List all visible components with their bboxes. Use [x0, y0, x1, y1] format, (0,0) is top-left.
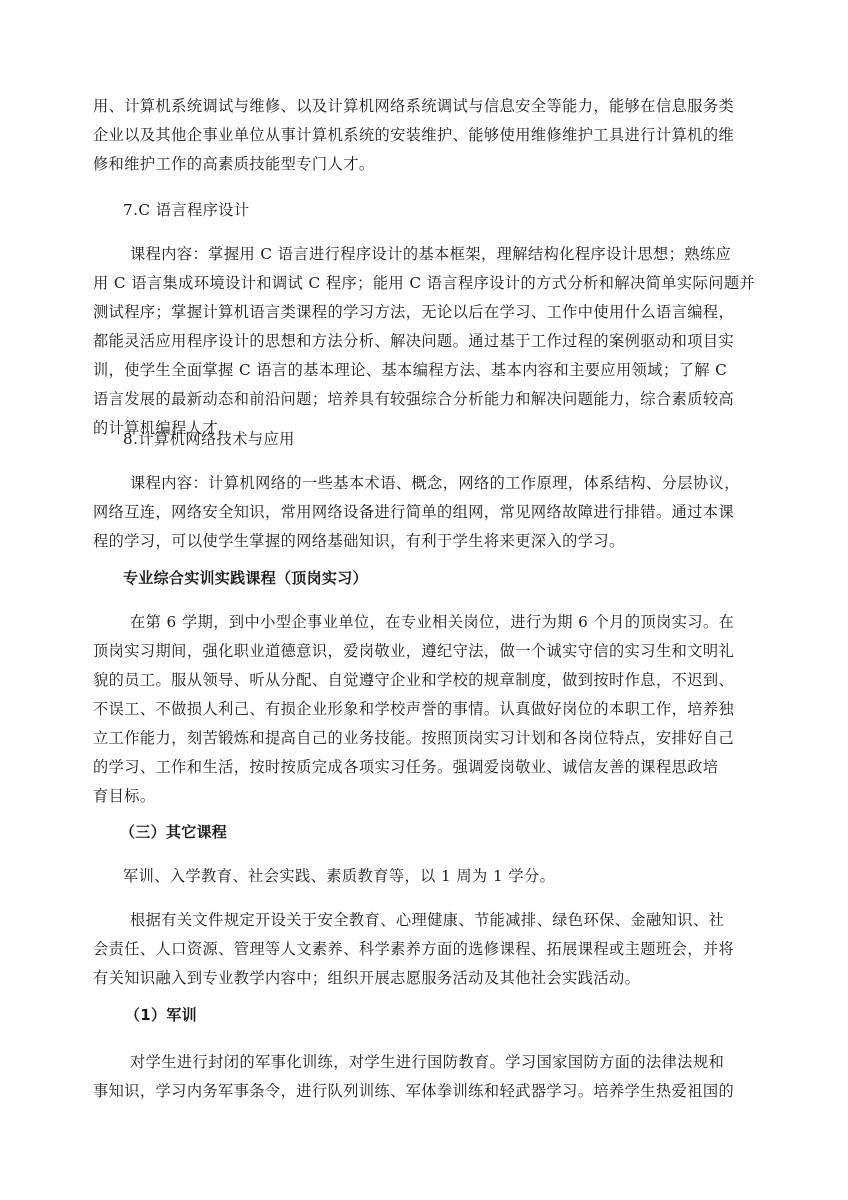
text-line: 企业以及其他企事业单位从事计算机系统的安装维护、能够使用维修维护工具进行计算机的…: [93, 125, 734, 145]
other-courses-para1: 军训、入学教育、社会实践、素质教育等，以 1 周为 1 学分。: [123, 866, 555, 886]
text-line: 貌的员工。服从领导、听从分配、自觉遵守企业和学校的规章制度，做到按时作息，不迟到…: [93, 670, 734, 690]
text-line: 会责任、人口资源、管理等人文素养、科学素养方面的选修课程、拓展课程或主题班会，并…: [93, 939, 734, 959]
text-line: 语言发展的最新动态和前沿问题；培养具有较强综合分析能力和解决问题能力，综合素质较…: [93, 389, 734, 409]
course-8-title: 8.计算机网络技术与应用: [123, 429, 295, 449]
course-7-title: 7.C 语言程序设计: [123, 200, 250, 220]
text-line: 都能灵活应用程序设计的思想和方法分析、解决问题。通过基于工作过程的案例驱动和项目…: [93, 331, 734, 351]
text-line: 立工作能力，刻苦锻炼和提高自己的业务技能。按照顶岗实习计划和各岗位特点，安排好自…: [93, 728, 734, 748]
text-line: 训，使学生全面掌握 C 语言的基本理论、基本编程方法、基本内容和主要应用领域；了…: [93, 360, 727, 380]
text-line: 育目标。: [93, 786, 156, 806]
internship-title: 专业综合实训实践课程（顶岗实习）: [123, 568, 368, 588]
text-line: 测试程序；掌握计算机语言类课程的学习方法，无论以后在学习、工作中使用什么语言编程…: [93, 302, 734, 322]
text-line: 网络互连，网络安全知识，常用网络设备进行简单的组网，常见网络故障进行排错。通过本…: [93, 502, 734, 522]
text-line: 有关知识融入到专业教学内容中；组织开展志愿服务活动及其他社会实践活动。: [93, 968, 640, 988]
text-line: 根据有关文件规定开设关于安全教育、心理健康、节能减排、绿色环保、金融知识、社: [130, 910, 724, 930]
military-training-title: （1）军训: [125, 1005, 197, 1025]
text-line: 课程内容：掌握用 C 语言进行程序设计的基本框架，理解结构化程序设计思想；熟练应: [130, 244, 731, 264]
other-courses-title: （三）其它课程: [120, 822, 227, 842]
text-line: 顶岗实习期间，强化职业道德意识，爱岗敬业，遵纪守法，做一个诚实守信的实习生和文明…: [93, 641, 734, 661]
text-line: 用、计算机系统调试与维修、以及计算机网络系统调试与信息安全等能力，能够在信息服务…: [93, 96, 734, 116]
text-line: 程的学习，可以使学生掌握的网络基础知识，有利于学生将来更深入的学习。: [93, 531, 625, 551]
text-line: 课程内容：计算机网络的一些基本术语、概念，网络的工作原理，体系结构、分层协议，: [130, 473, 740, 493]
text-line: 事知识，学习内务军事条令，进行队列训练、军体拳训练和轻武器学习。培养学生热爱祖国…: [93, 1081, 734, 1101]
document-page: 用、计算机系统调试与维修、以及计算机网络系统调试与信息安全等能力，能够在信息服务…: [0, 0, 848, 1200]
text-line: 对学生进行封闭的军事化训练，对学生进行国防教育。学习国家国防方面的法律法规和: [130, 1052, 724, 1072]
text-line: 用 C 语言集成环境设计和调试 C 程序；能用 C 语言程序设计的方式分析和解决…: [93, 273, 755, 293]
text-line: 在第 6 学期，到中小型企事业单位，在专业相关岗位，进行为期 6 个月的顶岗实习…: [130, 612, 734, 632]
text-line: 修和维护工作的高素质技能型专门人才。: [93, 154, 374, 174]
text-line: 不误工、不做损人利己、有损企业形象和学校声誉的事情。认真做好岗位的本职工作，培养…: [93, 699, 734, 719]
text-line: 的学习、工作和生活，按时按质完成各项实习任务。强调爱岗敬业、诚信友善的课程思政培: [93, 757, 719, 777]
